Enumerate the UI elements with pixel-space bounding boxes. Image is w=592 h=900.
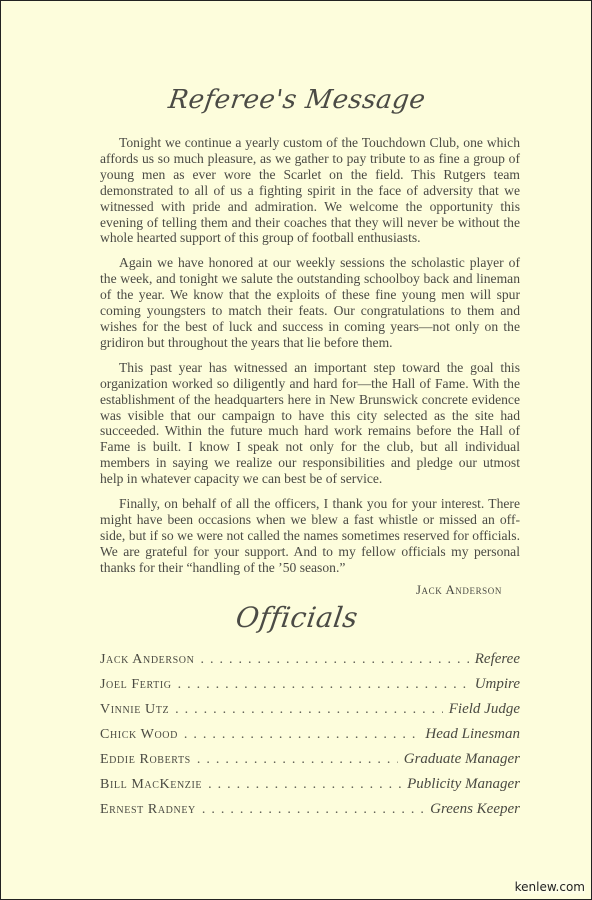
- official-row: Bill MacKenzie..........................…: [100, 776, 520, 801]
- dot-leader: ........................................…: [175, 702, 443, 718]
- message-paragraph: Again we have honored at our weekly sess…: [100, 255, 520, 350]
- signature: Jack Anderson: [100, 583, 520, 599]
- watermark: kenlew.com: [515, 880, 585, 894]
- official-name: Vinnie Utz: [100, 702, 169, 718]
- official-role: Publicity Manager: [407, 776, 520, 793]
- official-name: Jack Anderson: [100, 652, 194, 668]
- official-row: Joel Fertig.............................…: [100, 676, 520, 701]
- official-role: Referee: [475, 651, 520, 668]
- official-role: Field Judge: [449, 701, 520, 718]
- dot-leader: ........................................…: [202, 802, 424, 818]
- official-row: Jack Anderson...........................…: [100, 651, 520, 676]
- program-page: Referee's Message Tonight we continue a …: [0, 0, 592, 900]
- official-row: Ernest Radney...........................…: [100, 801, 520, 826]
- official-row: Eddie Roberts...........................…: [100, 751, 520, 776]
- official-row: Vinnie Utz..............................…: [100, 701, 520, 726]
- official-role: Umpire: [475, 676, 520, 693]
- dot-leader: ........................................…: [200, 652, 468, 668]
- dot-leader: ........................................…: [197, 752, 398, 768]
- message-body: Tonight we continue a yearly custom of t…: [100, 135, 520, 598]
- dot-leader: ........................................…: [184, 727, 420, 743]
- official-role: Head Linesman: [425, 726, 520, 743]
- message-paragraph: This past year has witnessed an importan…: [100, 360, 520, 487]
- referees-message-heading: Referee's Message: [0, 85, 592, 115]
- official-name: Eddie Roberts: [100, 752, 191, 768]
- official-name: Joel Fertig: [100, 677, 172, 693]
- official-row: Chick Wood..............................…: [100, 726, 520, 751]
- dot-leader: ........................................…: [208, 777, 401, 793]
- officials-list: Jack Anderson...........................…: [100, 651, 520, 826]
- message-paragraph: Tonight we continue a yearly custom of t…: [100, 135, 520, 246]
- officials-heading: Officials: [0, 601, 592, 634]
- official-role: Greens Keeper: [430, 801, 520, 818]
- official-name: Bill MacKenzie: [100, 777, 202, 793]
- official-name: Ernest Radney: [100, 802, 196, 818]
- official-role: Graduate Manager: [404, 751, 520, 768]
- dot-leader: ........................................…: [178, 677, 469, 693]
- message-paragraph: Finally, on behalf of all the officers, …: [100, 496, 520, 576]
- official-name: Chick Wood: [100, 727, 178, 743]
